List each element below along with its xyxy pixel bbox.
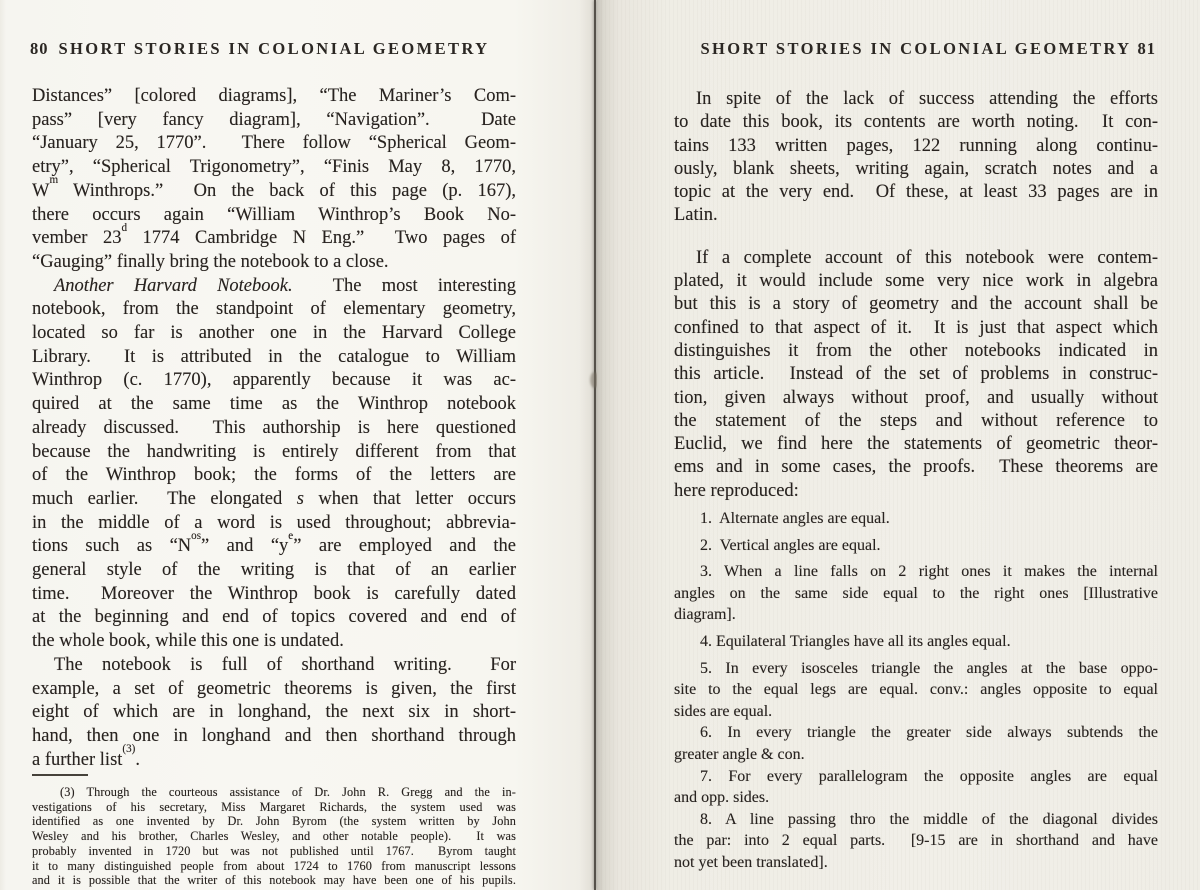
text-line: 3. When a line falls on 2 right ones it … (674, 561, 1158, 583)
text-line: Euclid, we find here the statements of g… (674, 433, 1158, 456)
text-line: vember 23d 1774 Cambridge N Eng.” Two pa… (32, 227, 516, 251)
text-line: to date this book, its contents are wort… (674, 111, 1158, 134)
text-line: and it is possible that the writer of th… (32, 873, 516, 888)
text-line: at the beginning and end of topics cover… (32, 606, 516, 630)
text-line: example, a set of geometric theorems is … (32, 678, 516, 702)
theorem-item: 8. A line passing thro the middle of the… (674, 809, 1158, 874)
text-line: Wesley and his brother, Charles Wesley, … (32, 829, 516, 844)
page-80: 80 SHORT STORIES IN COLONIAL GEOMETRY Di… (0, 0, 597, 890)
text-line: greater angle & con. (674, 744, 1158, 766)
text-line: ems and in some cases, the proofs. These… (674, 456, 1158, 479)
text-line: Winthrop (c. 1770), apparently because i… (32, 369, 516, 393)
text-line: 7. For every parallelogram the opposite … (674, 766, 1158, 788)
page-gutter-line (594, 0, 596, 890)
theorem-item: 1. Alternate angles are equal. (674, 508, 1158, 530)
paragraph: Distances” [colored diagrams], “The Mari… (32, 85, 516, 275)
text-line: sides are equal. (674, 701, 1158, 723)
text-line: distinguishes it from the other notebook… (674, 340, 1158, 363)
theorem-list: 1. Alternate angles are equal.2. Vertica… (674, 508, 1158, 874)
text-line: plated, it would include some very nice … (674, 270, 1158, 293)
text-line: the statement of the steps and without r… (674, 410, 1158, 433)
text-line: hand, then one in longhand and then shor… (32, 725, 516, 749)
text-line: the whole book, while this one is undate… (32, 630, 516, 654)
text-line: “Gauging” finally bring the notebook to … (32, 251, 516, 275)
text-line: a further list(3). (32, 749, 516, 773)
text-line: vestigations of his secretary, Miss Marg… (32, 800, 516, 815)
theorem-item: 7. For every parallelogram the opposite … (674, 766, 1158, 809)
text-line: Latin. (674, 204, 1158, 227)
text-line: probably invented in 1720 but was not pu… (32, 844, 516, 859)
text-line: 6. In every triangle the greater side al… (674, 722, 1158, 744)
theorem-item: 2. Vertical angles are equal. (674, 535, 1158, 557)
text-line: located so far is another one in the Har… (32, 322, 516, 346)
running-title-right: SHORT STORIES IN COLONIAL GEOMETRY (674, 39, 1158, 59)
text-line: quired at the same time as the Winthrop … (32, 393, 516, 417)
paragraph: If a complete account of this notebook w… (674, 247, 1158, 503)
text-line: 2. Vertical angles are equal. (674, 535, 1158, 557)
text-line: this article. Instead of the set of prob… (674, 363, 1158, 386)
running-title-left: SHORT STORIES IN COLONIAL GEOMETRY (32, 39, 516, 59)
text-line: tains 133 written pages, 122 running alo… (674, 135, 1158, 158)
theorem-item: 3. When a line falls on 2 right ones it … (674, 561, 1158, 626)
text-line: If a complete account of this notebook w… (674, 247, 1158, 270)
paragraph: Another Harvard Notebook. The most inter… (32, 275, 516, 654)
text-line: angles on the same side equal to the rig… (674, 583, 1158, 605)
text-line: etry”, “Spherical Trigonometry”, “Finis … (32, 156, 516, 180)
paragraph: The notebook is full of shorthand writin… (32, 654, 516, 773)
text-line: topic at the very end. Of these, at leas… (674, 181, 1158, 204)
text-line: but this is a story of geometry and the … (674, 293, 1158, 316)
text-line: it to many distinguished people from abo… (32, 859, 516, 874)
text-line: ously, blank sheets, writing again, scra… (674, 158, 1158, 181)
text-line: (3) Through the courteous assistance of … (32, 785, 516, 800)
footnote: (3) Through the courteous assistance of … (32, 785, 516, 888)
text-line: and opp. sides. (674, 787, 1158, 809)
left-page-body: Distances” [colored diagrams], “The Mari… (32, 85, 516, 772)
text-line: in the middle of a word is used througho… (32, 512, 516, 536)
text-line: Wm Winthrops.” On the back of this page … (32, 180, 516, 204)
text-line: diagram]. (674, 604, 1158, 626)
text-line: tions such as “Nos” and “ye” are employe… (32, 535, 516, 559)
text-line: time. Moreover the Winthrop book is care… (32, 583, 516, 607)
page-number-right: 81 (1138, 39, 1157, 59)
theorem-item: 4. Equilateral Triangles have all its an… (674, 631, 1158, 653)
right-page-body: In spite of the lack of success attendin… (674, 88, 1158, 874)
theorem-item: 6. In every triangle the greater side al… (674, 722, 1158, 765)
text-line: Library. It is attributed in the catalog… (32, 346, 516, 370)
text-line: there occurs again “William Winthrop’s B… (32, 204, 516, 228)
page-81: SHORT STORIES IN COLONIAL GEOMETRY 81 In… (597, 0, 1200, 890)
paragraph: In spite of the lack of success attendin… (674, 88, 1158, 228)
text-line: not yet been translated]. (674, 852, 1158, 874)
text-line: already discussed. This authorship is he… (32, 417, 516, 441)
text-line: Another Harvard Notebook. The most inter… (32, 275, 516, 299)
text-line: tion, given always without proof, and us… (674, 387, 1158, 410)
text-line: of the Winthrop book; the forms of the l… (32, 464, 516, 488)
book-spread: 80 SHORT STORIES IN COLONIAL GEOMETRY Di… (0, 0, 1200, 890)
text-line: Distances” [colored diagrams], “The Mari… (32, 85, 516, 109)
text-line: eight of which are in longhand, the next… (32, 701, 516, 725)
text-line: 1. Alternate angles are equal. (674, 508, 1158, 530)
text-line: pass” [very fancy diagram], “Navigation”… (32, 109, 516, 133)
text-line: identified as one invented by Dr. John B… (32, 814, 516, 829)
text-line: much earlier. The elongated s when that … (32, 488, 516, 512)
text-line: the par: into 2 equal parts. [9-15 are i… (674, 830, 1158, 852)
text-line: “January 25, 1770”. There follow “Spheri… (32, 132, 516, 156)
footnote-rule (32, 774, 88, 776)
text-line: confined to that aspect of it. It is jus… (674, 317, 1158, 340)
text-line: 8. A line passing thro the middle of the… (674, 809, 1158, 831)
text-line: general style of the writing is that of … (32, 559, 516, 583)
text-line: 5. In every isosceles triangle the angle… (674, 658, 1158, 680)
theorem-item: 5. In every isosceles triangle the angle… (674, 658, 1158, 723)
text-line: because the handwriting is entirely diff… (32, 441, 516, 465)
text-line: here reproduced: (674, 480, 1158, 503)
text-line: site to the equal legs are equal. conv.:… (674, 679, 1158, 701)
text-line: The notebook is full of shorthand writin… (32, 654, 516, 678)
text-line: notebook, from the standpoint of element… (32, 298, 516, 322)
text-line: In spite of the lack of success attendin… (674, 88, 1158, 111)
text-line: 4. Equilateral Triangles have all its an… (674, 631, 1158, 653)
